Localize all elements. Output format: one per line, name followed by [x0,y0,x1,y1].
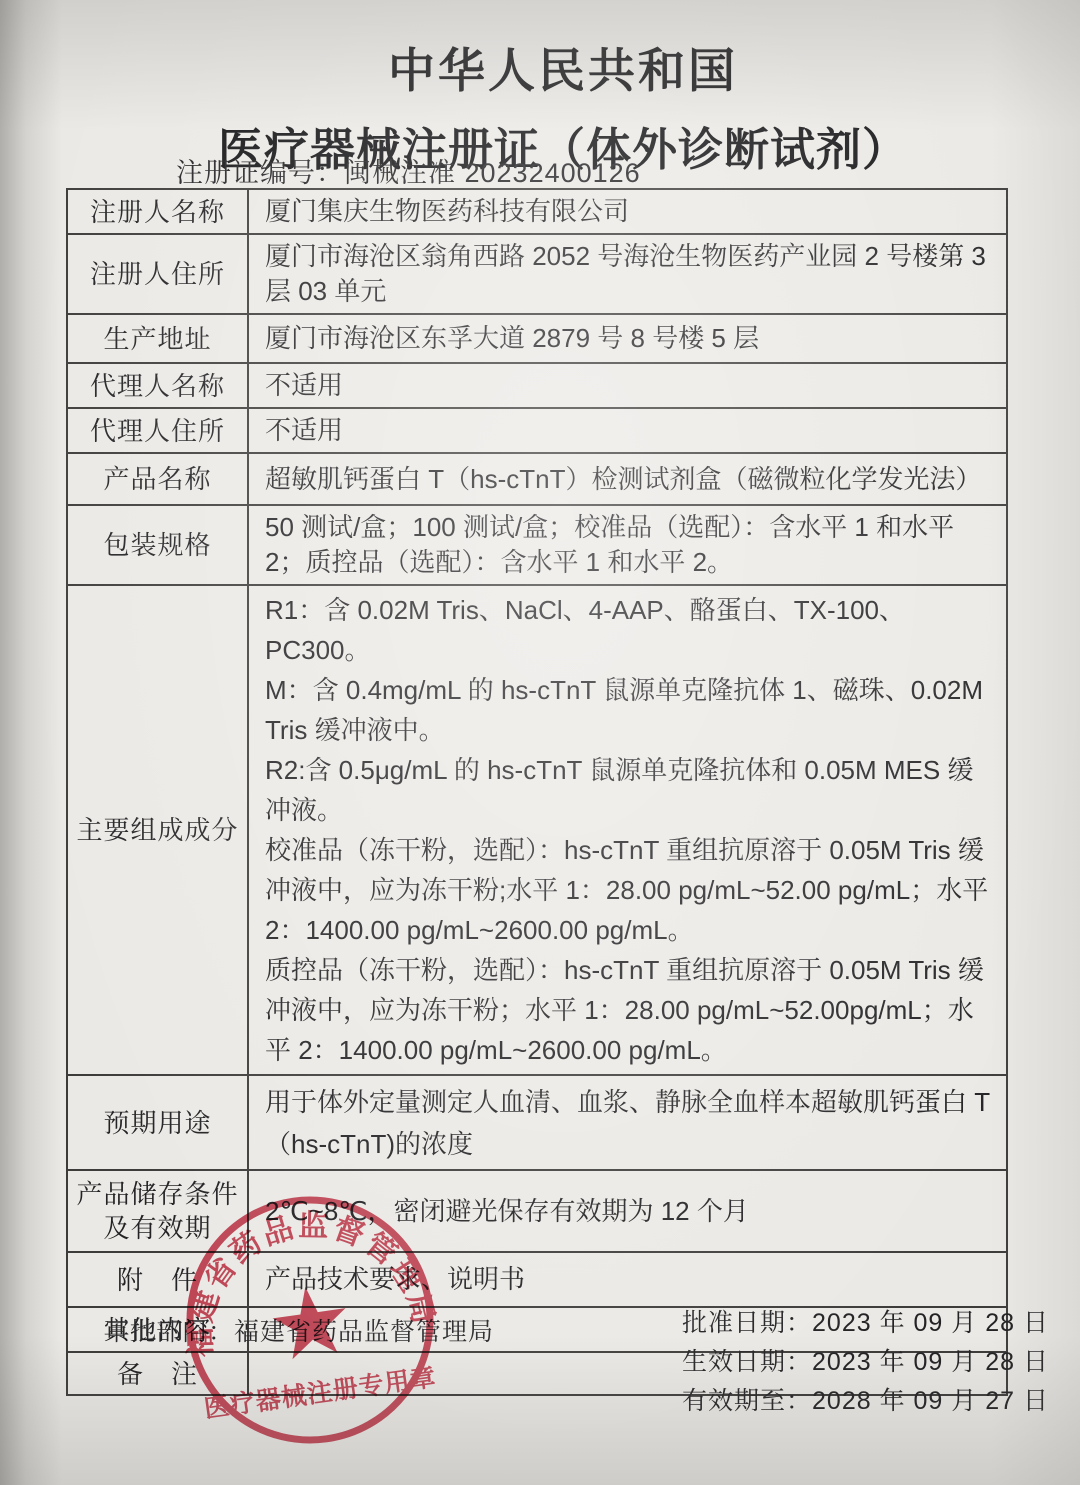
field-value: 50 测试/盒；100 测试/盒；校准品（选配）：含水平 1 和水平 2；质控品… [248,505,1007,585]
field-value: 厦门市海沧区翁角西路 2052 号海沧生物医药产业园 2 号楼第 3 层 03 … [248,234,1007,314]
field-label: 生产地址 [67,314,248,363]
table-row: 注册人名称 厦门集庆生物医药科技有限公司 [67,189,1007,234]
field-value: 超敏肌钙蛋白 T（hs-cTnT）检测试剂盒（磁微粒化学发光法） [248,453,1007,505]
approve-date-line: 批准日期：2023 年 09 月 28 日 [682,1304,1049,1343]
table-row: 主要组成成分 R1：含 0.02M Tris、NaCl、4-AAP、酪蛋白、TX… [67,585,1007,1075]
star-icon: ★ [260,1264,360,1382]
effective-date-value: 2023 年 09 月 28 日 [812,1348,1049,1376]
title-country: 中华人民共和国 [0,0,1080,101]
table-row: 预期用途 用于体外定量测定人血清、血浆、静脉全血样本超敏肌钙蛋白 T（hs-cT… [67,1075,1007,1170]
official-red-stamp: 福建省药品监督管理局 ★ 医疗器械注册专用章 [159,1169,462,1472]
expiry-date-line: 有效期至：2028 年 09 月 27 日 [682,1382,1049,1421]
field-label: 产品名称 [67,453,248,505]
field-value: 厦门市海沧区东孚大道 2879 号 8 号楼 5 层 [248,314,1007,363]
field-label: 代理人住所 [67,408,248,453]
registration-number-label: 注册证编号： [176,158,344,188]
field-label: 主要组成成分 [67,585,248,1075]
field-value: 厦门集庆生物医药科技有限公司 [248,189,1007,234]
field-label: 预期用途 [67,1075,248,1170]
expiry-date-label: 有效期至： [682,1387,812,1415]
table-row: 包装规格 50 测试/盒；100 测试/盒；校准品（选配）：含水平 1 和水平 … [67,505,1007,585]
table-row: 产品名称 超敏肌钙蛋白 T（hs-cTnT）检测试剂盒（磁微粒化学发光法） [67,453,1007,505]
date-block: 批准日期：2023 年 09 月 28 日 生效日期：2023 年 09 月 2… [682,1304,1049,1421]
field-label: 代理人名称 [67,363,248,408]
table-row: 代理人名称 不适用 [67,363,1007,408]
field-value: R1：含 0.02M Tris、NaCl、4-AAP、酪蛋白、TX-100、PC… [248,585,1007,1075]
field-label: 注册人名称 [67,189,248,234]
table-row: 注册人住所 厦门市海沧区翁角西路 2052 号海沧生物医药产业园 2 号楼第 3… [67,234,1007,314]
table-row: 代理人住所 不适用 [67,408,1007,453]
certificate-document: 中华人民共和国 医疗器械注册证（体外诊断试剂） 注册证编号：闽械注准 20232… [0,0,1080,1485]
registration-number-line: 注册证编号：闽械注准 20232400126 [176,151,641,190]
table-row: 生产地址 厦门市海沧区东孚大道 2879 号 8 号楼 5 层 [67,314,1007,363]
approve-date-value: 2023 年 09 月 28 日 [812,1309,1049,1337]
effective-date-line: 生效日期：2023 年 09 月 28 日 [682,1343,1049,1382]
expiry-date-value: 2028 年 09 月 27 日 [812,1387,1049,1415]
field-value: 不适用 [248,408,1007,453]
approve-date-label: 批准日期： [682,1309,812,1337]
field-label: 注册人住所 [67,234,248,314]
field-value: 不适用 [248,363,1007,408]
field-label: 包装规格 [67,505,248,585]
effective-date-label: 生效日期： [682,1348,812,1376]
field-value: 用于体外定量测定人血清、血浆、静脉全血样本超敏肌钙蛋白 T（hs-cTnT)的浓… [248,1075,1007,1170]
registration-number-value: 闽械注准 20232400126 [344,158,641,188]
